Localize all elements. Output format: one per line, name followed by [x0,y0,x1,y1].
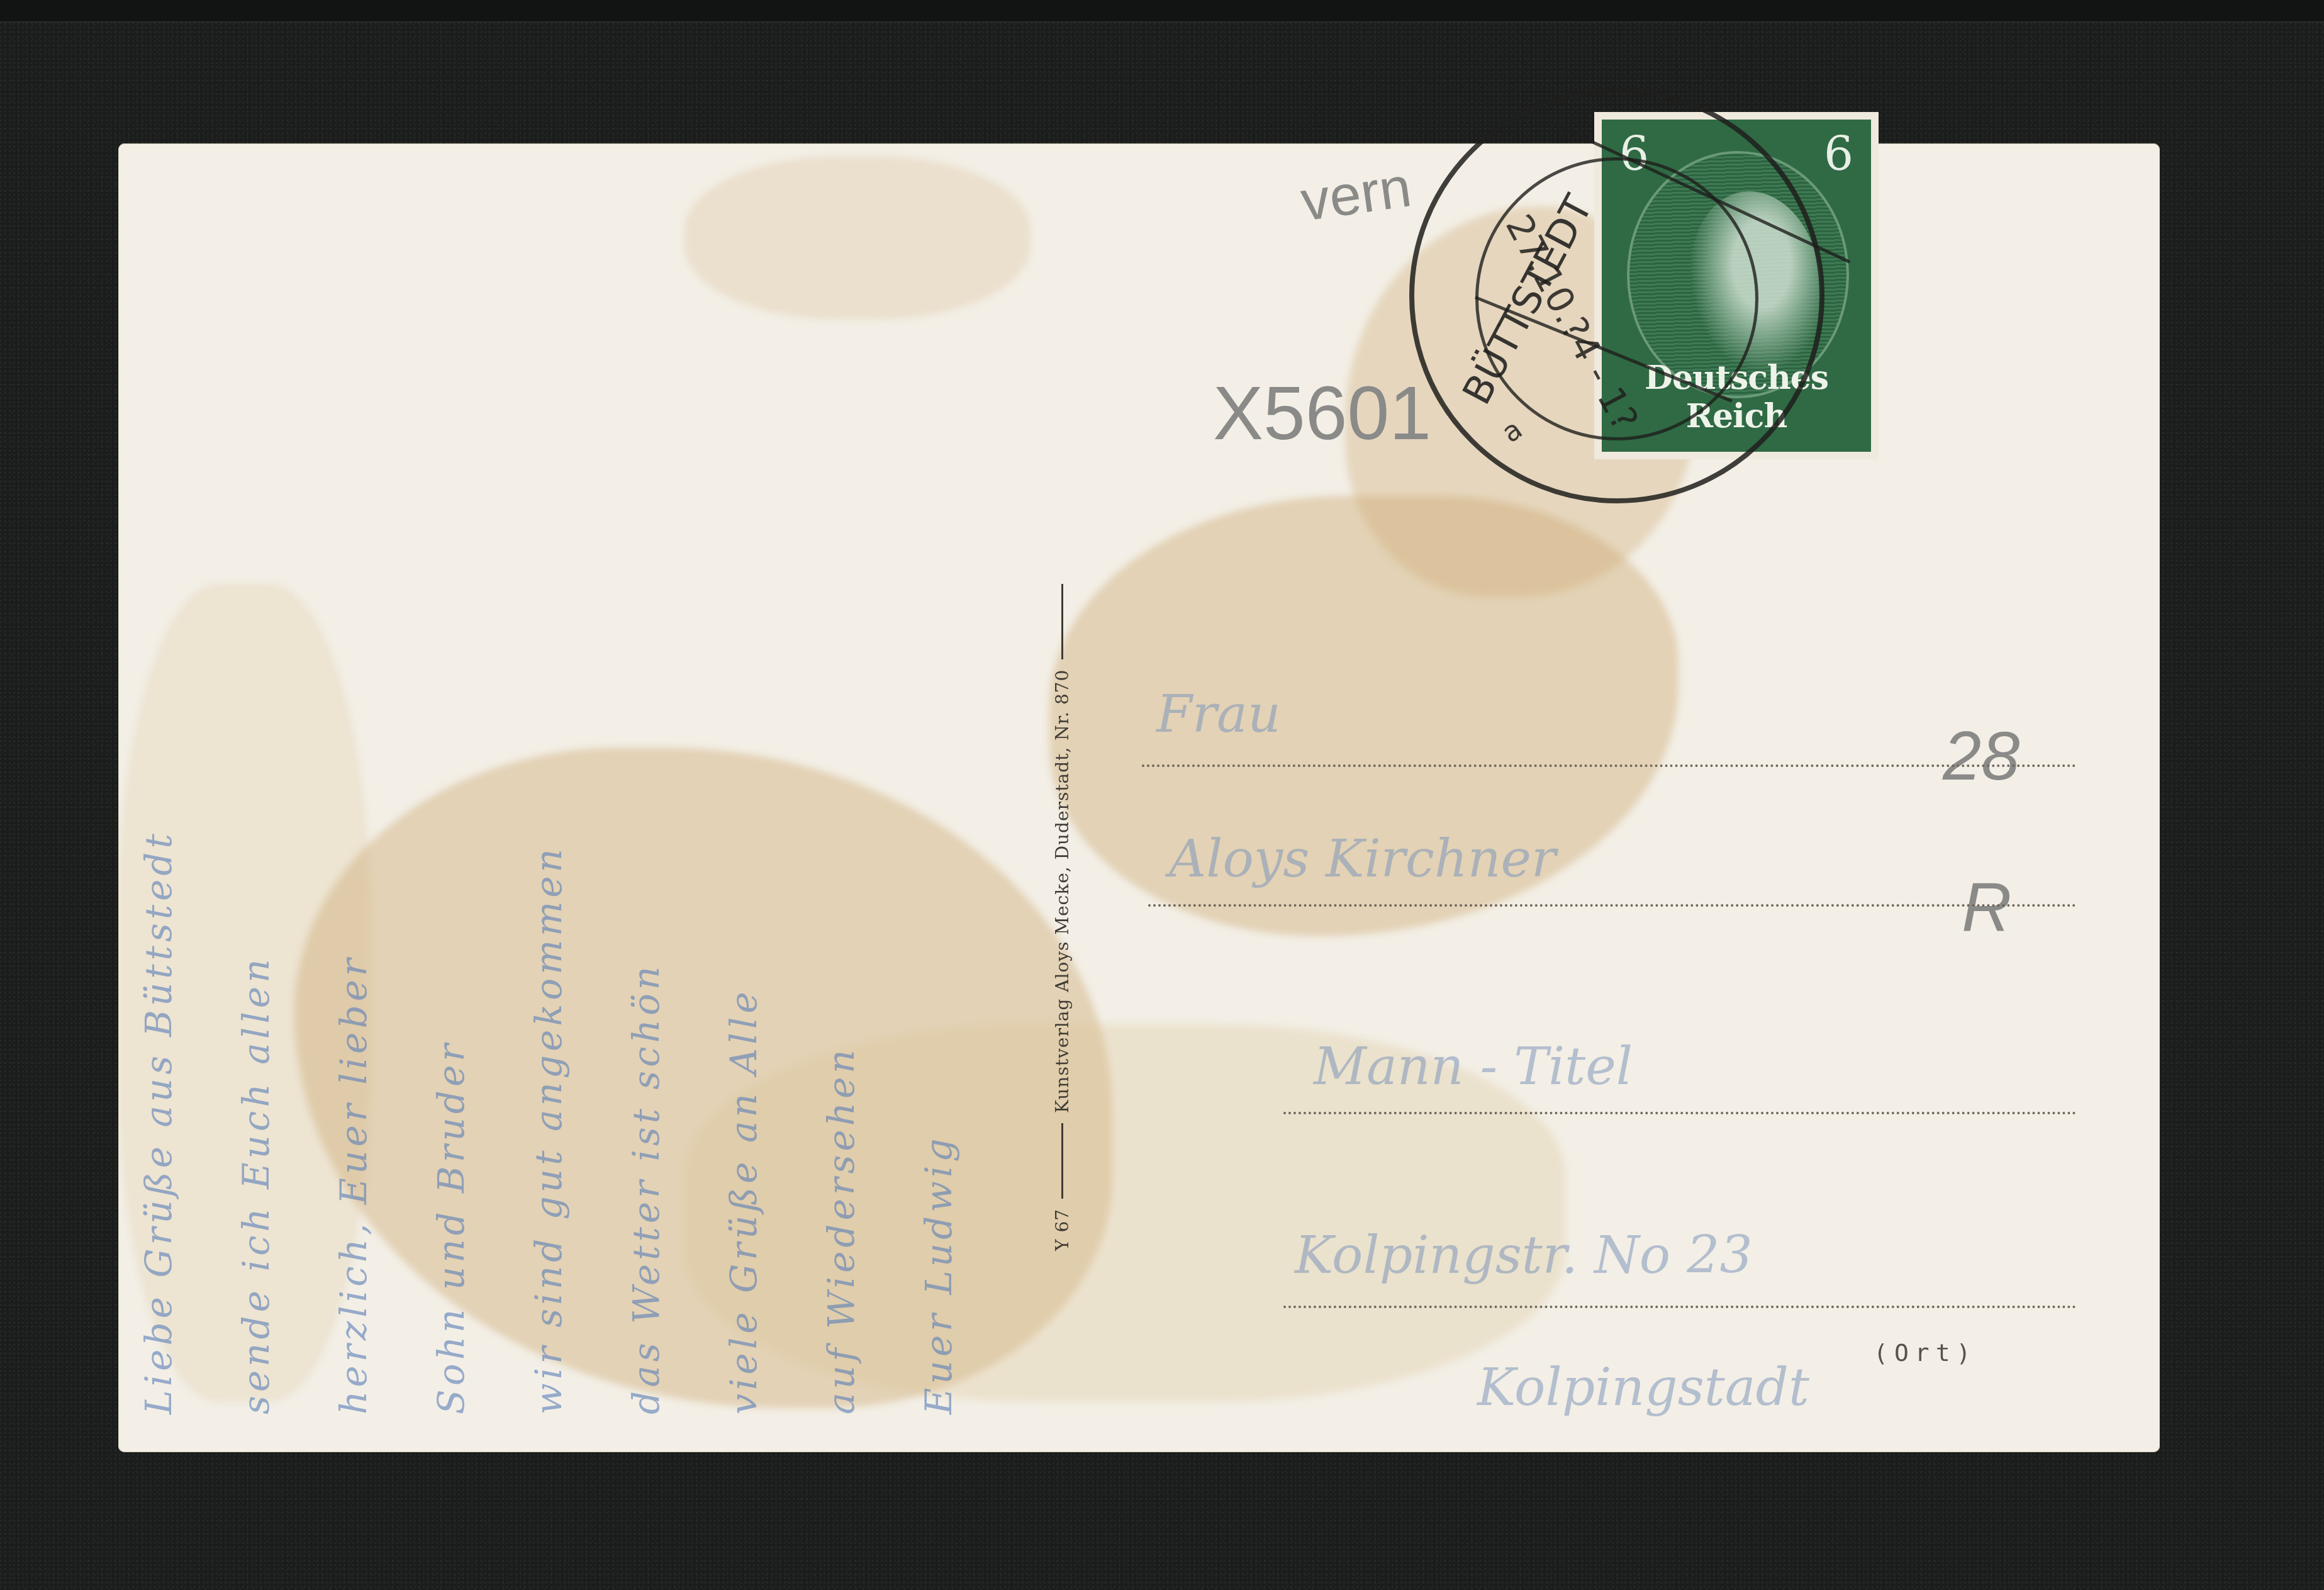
message-line: sende ich Euch allen [235,956,277,1414]
pencil-catalog-number: X5601 [1213,370,1431,457]
handwritten-message: Liebe Grüße aus Büttstedt sende ich Euch… [125,156,1037,1440]
message-line: Euer Ludwig [917,1134,960,1414]
address-city: Kolpingstadt [1477,1358,1809,1418]
divider-rule [1061,1123,1063,1199]
pencil-note-number: 28 [1943,716,2020,796]
series-code: Y 67 [1052,1209,1073,1251]
message-line: viele Grüße an Alle [722,988,765,1414]
pencil-note-vern: vern [1297,155,1416,234]
album-mat-band [0,0,2324,23]
message-line: herzlich, Euer lieber [332,955,375,1414]
message-line: auf Wiedersehen [820,1046,863,1414]
publisher-imprint: Y 67 Kunstverlag Aloys Mecke, Duderstadt… [1052,584,1073,1251]
stamp-value: 6 [1824,127,1853,181]
pencil-note-letter: R [1962,867,2011,947]
address-line3: Mann - Titel [1314,1037,1633,1097]
message-line: Liebe Grüße aus Büttstedt [137,830,180,1414]
address-dotted-line [1283,1306,2076,1308]
address-dotted-line [1283,1112,2076,1114]
address-street: Kolpingstr. No 23 [1295,1226,1753,1285]
publisher-name: Kunstverlag Aloys Mecke, Duderstadt, Nr.… [1052,669,1073,1113]
message-line: das Wetter ist schön [625,963,668,1414]
divider-rule [1061,584,1063,659]
message-line: Sohn und Bruder [430,1040,472,1414]
address-dotted-line [1142,764,2076,767]
address-salutation: Frau [1156,685,1281,744]
printed-place-label: (Ort) [1874,1339,1977,1367]
message-line: wir sind gut angekommen [527,845,570,1414]
address-dotted-line [1148,904,2076,907]
address-name: Aloys Kirchner [1169,829,1556,889]
